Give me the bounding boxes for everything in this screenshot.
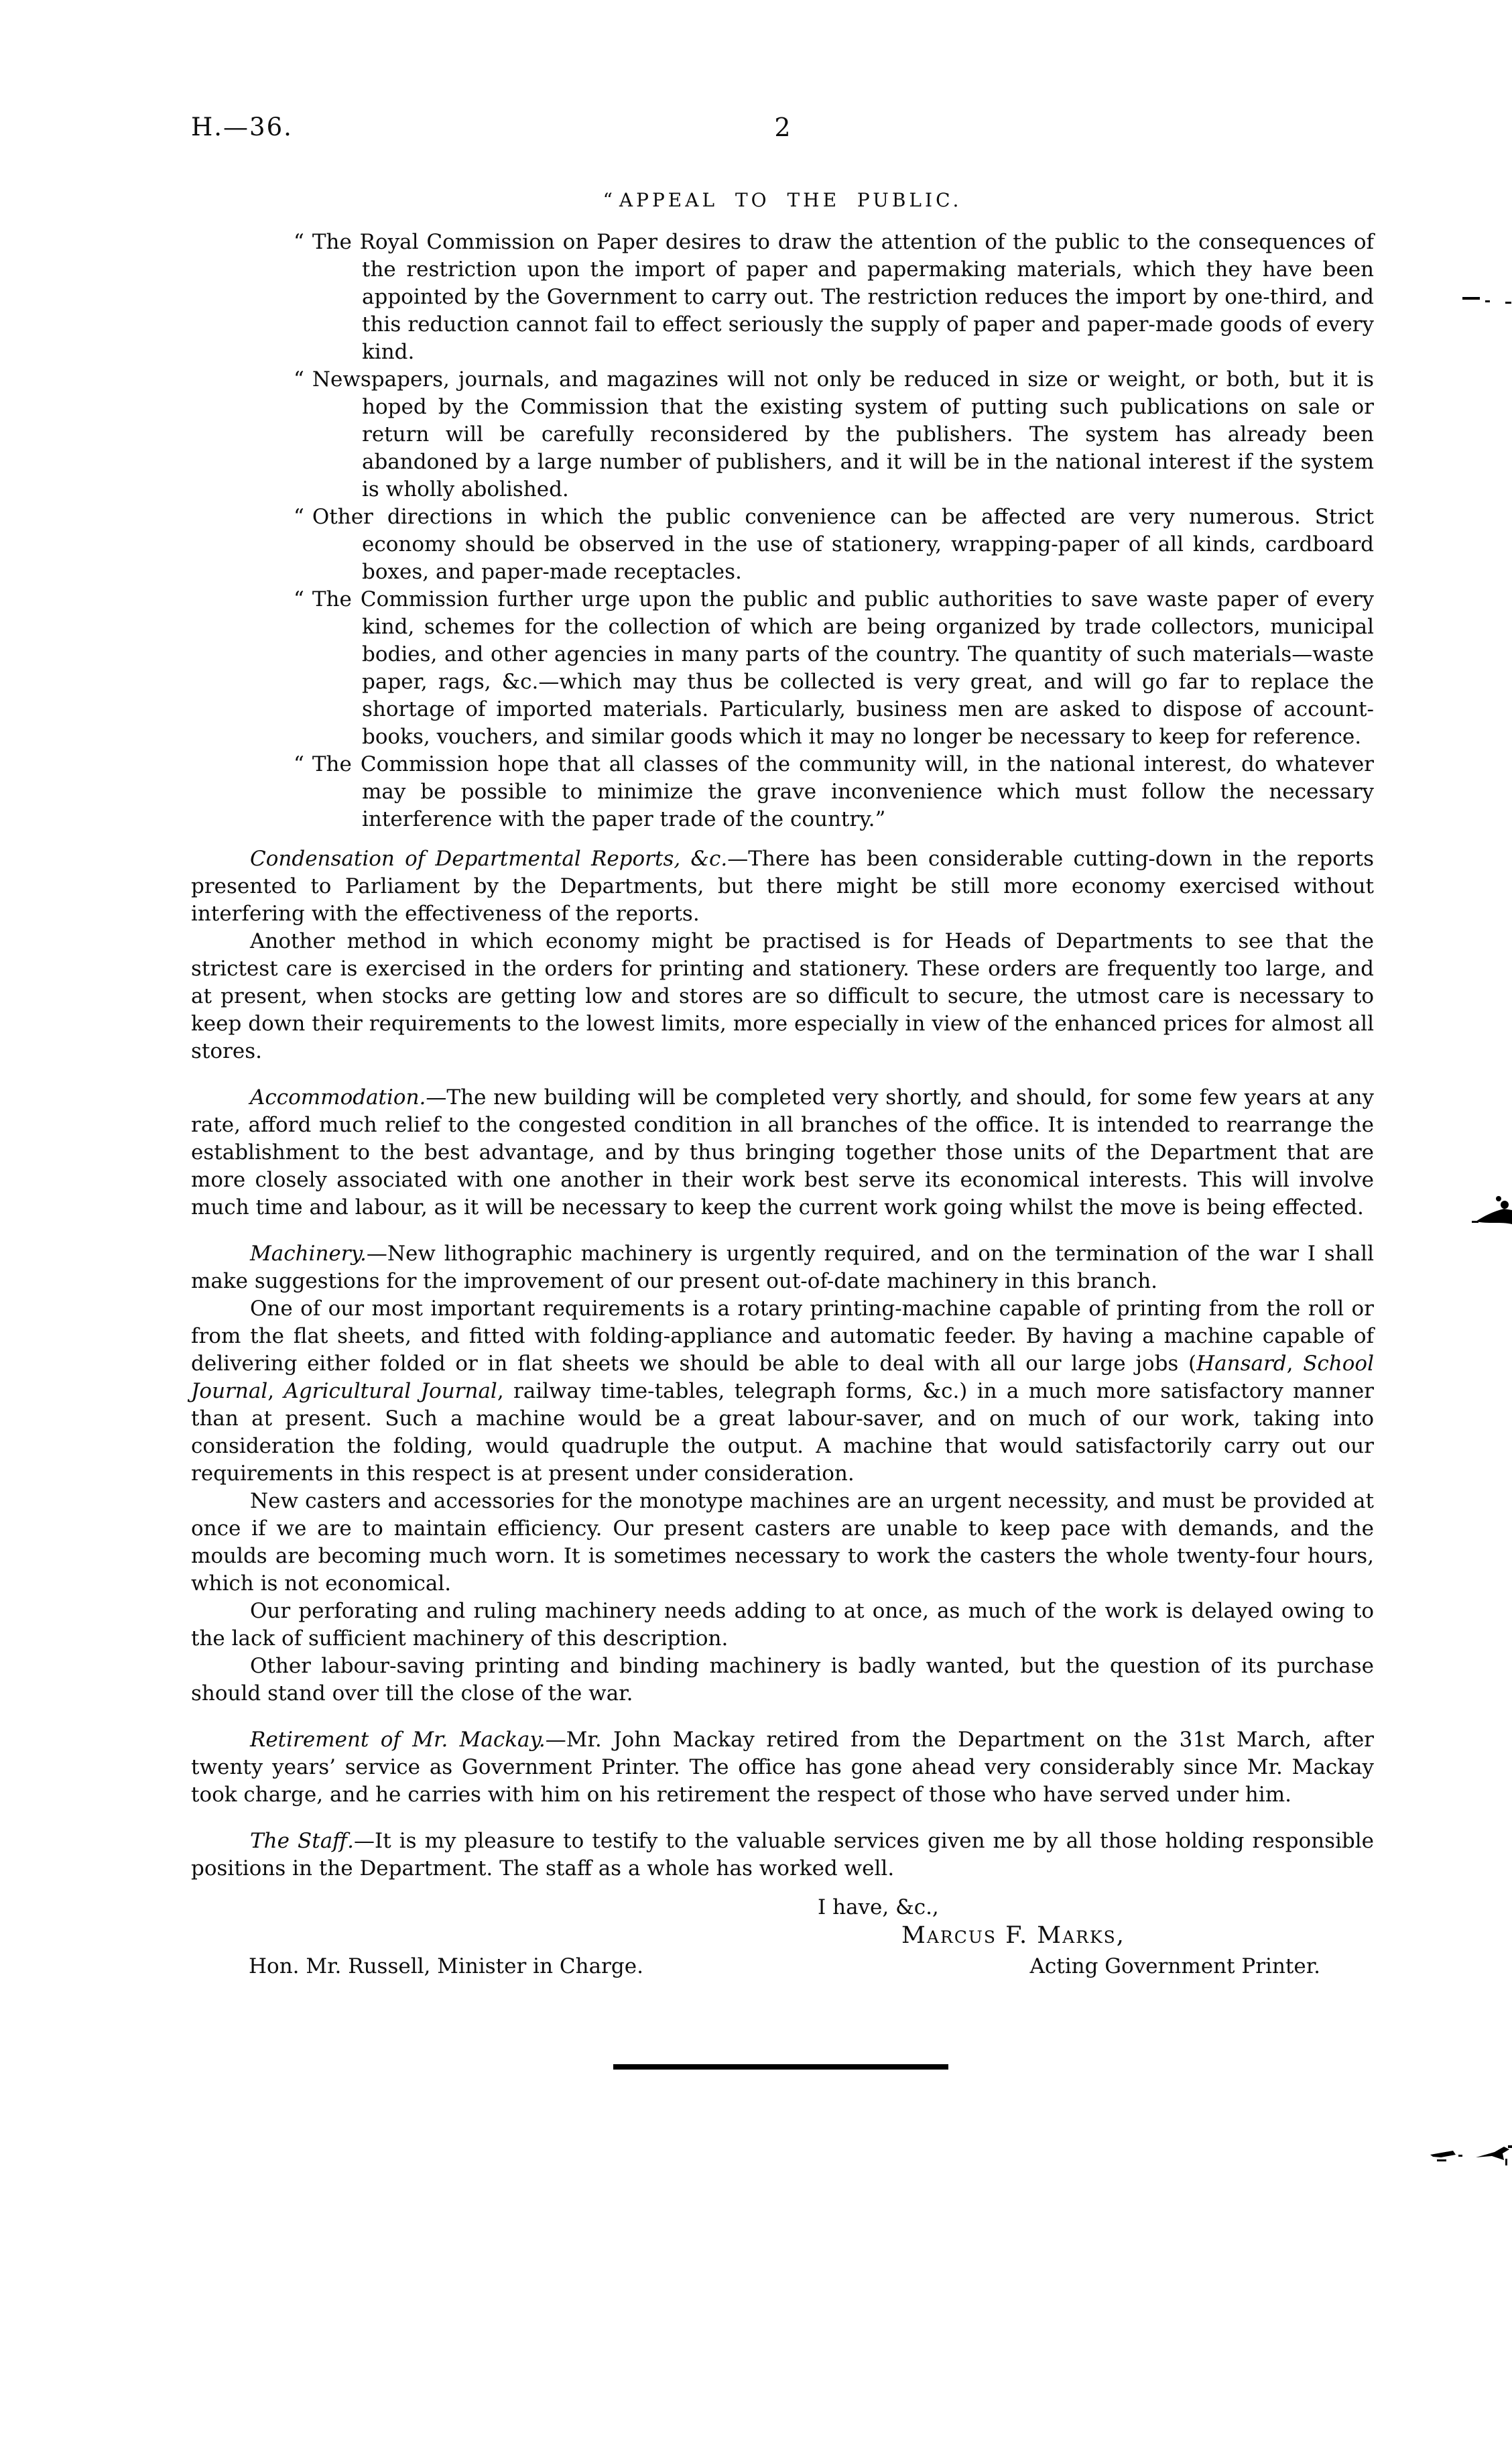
open-quote-mark: “ [294,367,312,392]
body-paragraph: One of our most important requirements i… [191,1295,1374,1488]
salutation: I have, &c., [191,1893,1374,1921]
signature-row: Hon. Mr. Russell, Minister in Charge. Ac… [191,1952,1374,1980]
body-paragraph: Retirement of Mr. Mackay.—Mr. John Macka… [191,1726,1374,1809]
body-paragraph: Our perforating and ruling machinery nee… [191,1598,1374,1653]
signature-title: Acting Government Printer. [1029,1952,1320,1980]
addressee: Hon. Mr. Russell, Minister in Charge. [249,1952,643,1980]
page-number: 2 [191,113,1374,142]
body-paragraph: Machinery.—New lithographic machinery is… [191,1240,1374,1295]
section-heading: Condensation of Departmental Reports, &c… [250,847,727,871]
quoted-block: “The Royal Commission on Paper desires t… [191,229,1374,833]
open-quote-mark: “ [294,505,312,529]
text-run: , [1287,1352,1304,1376]
body-paragraph: Other labour-saving printing and binding… [191,1653,1374,1708]
body-paragraph: The Staff.—It is my pleasure to testify … [191,1828,1374,1883]
heading-text: APPEAL TO THE PUBLIC. [619,189,962,211]
ink-dash-bottom [1430,2149,1464,2165]
signature-name: Marcus F. Marks, [191,1921,1374,1950]
page-content: H.—36. 2 “APPEAL TO THE PUBLIC. “The Roy… [191,113,1374,1980]
quoted-paragraph: “The Commission hope that all classes of… [362,751,1374,833]
body-paragraph: Condensation of Departmental Reports, &c… [191,845,1374,928]
open-quote-mark: “ [603,189,613,211]
open-quote-mark: “ [294,587,312,611]
margin-dot-mark [1505,302,1511,304]
appeal-heading: “APPEAL TO THE PUBLIC. [191,189,1374,211]
page-masthead: H.—36. 2 [191,113,1374,150]
document-page: H.—36. 2 “APPEAL TO THE PUBLIC. “The Roy… [0,0,1512,2447]
italic-title-text: Agricultural Journal [283,1379,497,1403]
body-paragraph: Accommodation.—The new building will be … [191,1084,1374,1221]
margin-dash-mark [1462,297,1480,300]
quoted-paragraph: “The Royal Commission on Paper desires t… [362,229,1374,366]
text-run: , [267,1379,283,1403]
section-heading: Machinery. [250,1242,367,1266]
open-quote-mark: “ [294,230,312,254]
body-paragraph: New casters and accessories for the mono… [191,1488,1374,1598]
ink-smudge-bottom-right [1474,2145,1512,2172]
open-quote-mark: “ [294,752,312,776]
italic-title-text: Hansard [1196,1352,1287,1376]
ink-smudge-right-edge [1472,1193,1512,1234]
body-paragraph: Another method in which economy might be… [191,928,1374,1065]
sections-block: Condensation of Departmental Reports, &c… [191,845,1374,1883]
margin-dot-mark [1485,300,1490,302]
quoted-paragraph: “Other directions in which the public co… [362,503,1374,586]
section-heading: Retirement of Mr. Mackay. [250,1728,546,1752]
quoted-paragraph: “The Commission further urge upon the pu… [362,586,1374,751]
closing-block: I have, &c., Marcus F. Marks, Hon. Mr. R… [191,1893,1374,1980]
quoted-paragraph: “Newspapers, journals, and magazines wil… [362,366,1374,503]
divider-rule [613,2064,948,2070]
section-heading: The Staff. [250,1829,354,1853]
section-heading: Accommodation. [250,1085,426,1110]
